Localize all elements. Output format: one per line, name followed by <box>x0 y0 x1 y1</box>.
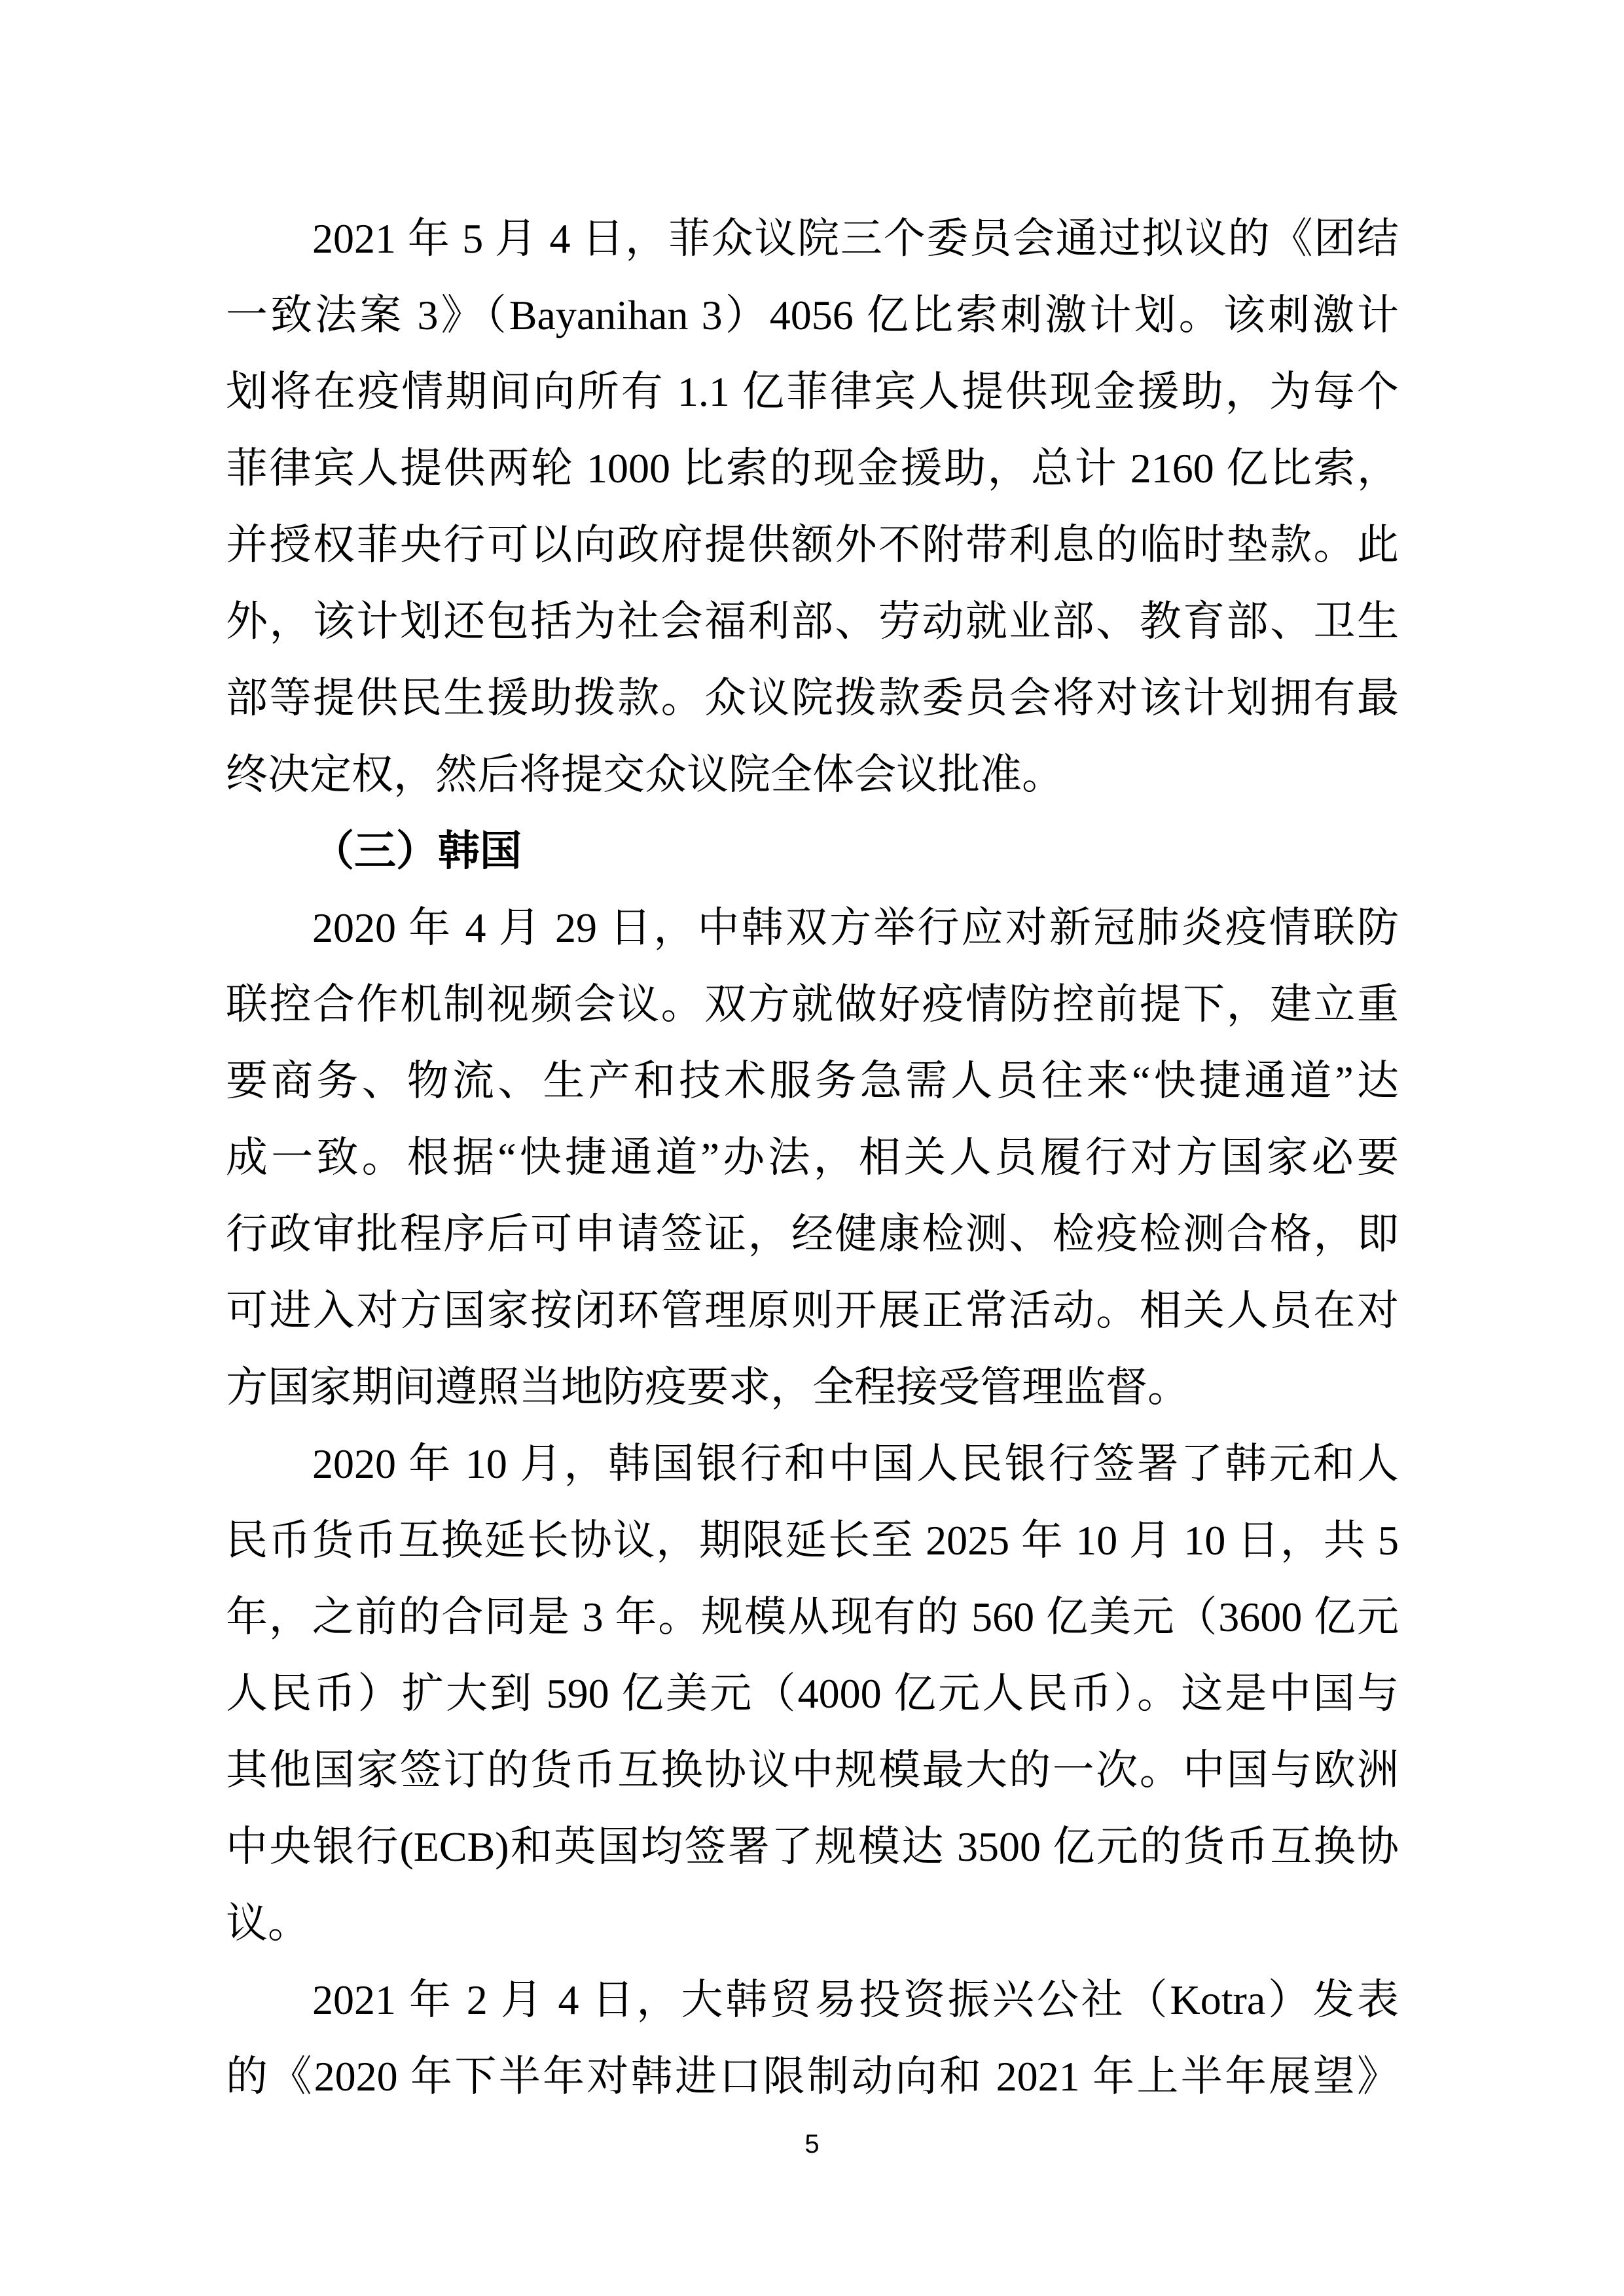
paragraph-line: 部等提供民生援助拨款。众议院拨款委员会将对该计划拥有最 <box>226 660 1399 736</box>
paragraph-line: 外，该计划还包括为社会福利部、劳动就业部、教育部、卫生 <box>226 583 1399 660</box>
paragraph-line: 终决定权，然后将提交众议院全体会议批准。 <box>226 736 1399 813</box>
paragraph-line: 2021 年 5 月 4 日，菲众议院三个委员会通过拟议的《团结 <box>226 200 1399 277</box>
paragraph-line: 划将在疫情期间向所有 1.1 亿菲律宾人提供现金援助，为每个 <box>226 353 1399 430</box>
section-heading: （三）韩国 <box>226 813 1399 889</box>
document-page: 2021 年 5 月 4 日，菲众议院三个委员会通过拟议的《团结 一致法案 3》… <box>0 0 1624 2296</box>
paragraph-line: 年，之前的合同是 3 年。规模从现有的 560 亿美元（3600 亿元 <box>226 1579 1399 1655</box>
paragraph-line: 2020 年 10 月，韩国银行和中国人民银行签署了韩元和人 <box>226 1426 1399 1502</box>
paragraph-line: 2020 年 4 月 29 日，中韩双方举行应对新冠肺炎疫情联防 <box>226 889 1399 966</box>
paragraph-line: 方国家期间遵照当地防疫要求，全程接受管理监督。 <box>226 1349 1399 1426</box>
paragraph-line: 并授权菲央行可以向政府提供额外不附带利息的临时垫款。此 <box>226 507 1399 583</box>
paragraph-line: 成一致。根据“快捷通道”办法，相关人员履行对方国家必要 <box>226 1119 1399 1196</box>
paragraph-line: 可进入对方国家按闭环管理原则开展正常活动。相关人员在对 <box>226 1272 1399 1349</box>
paragraph-line: 的《2020 年下半年对韩进口限制动向和 2021 年上半年展望》 <box>226 2038 1399 2115</box>
paragraph-line: 行政审批程序后可申请签证，经健康检测、检疫检测合格，即 <box>226 1196 1399 1272</box>
page-number: 5 <box>0 2125 1624 2164</box>
paragraph-line: 中央银行(ECB)和英国均签署了规模达 3500 亿元的货币互换协 <box>226 1808 1399 1885</box>
paragraph-line: 民币货币互换延长协议，期限延长至 2025 年 10 月 10 日，共 5 <box>226 1502 1399 1579</box>
paragraph-line: 议。 <box>226 1885 1399 1962</box>
paragraph-line: 菲律宾人提供两轮 1000 比索的现金援助，总计 2160 亿比索， <box>226 430 1399 507</box>
paragraph-line: 人民币）扩大到 590 亿美元（4000 亿元人民币）。这是中国与 <box>226 1655 1399 1732</box>
paragraph-line: 一致法案 3》（Bayanihan 3）4056 亿比索刺激计划。该刺激计 <box>226 277 1399 353</box>
paragraph-line: 联控合作机制视频会议。双方就做好疫情防控前提下，建立重 <box>226 966 1399 1043</box>
paragraph-line: 其他国家签订的货币互换协议中规模最大的一次。中国与欧洲 <box>226 1732 1399 1808</box>
paragraph-line: 2021 年 2 月 4 日，大韩贸易投资振兴公社（Kotra）发表 <box>226 1962 1399 2038</box>
paragraph-line: 要商务、物流、生产和技术服务急需人员往来“快捷通道”达 <box>226 1043 1399 1119</box>
document-body: 2021 年 5 月 4 日，菲众议院三个委员会通过拟议的《团结 一致法案 3》… <box>226 200 1399 2115</box>
